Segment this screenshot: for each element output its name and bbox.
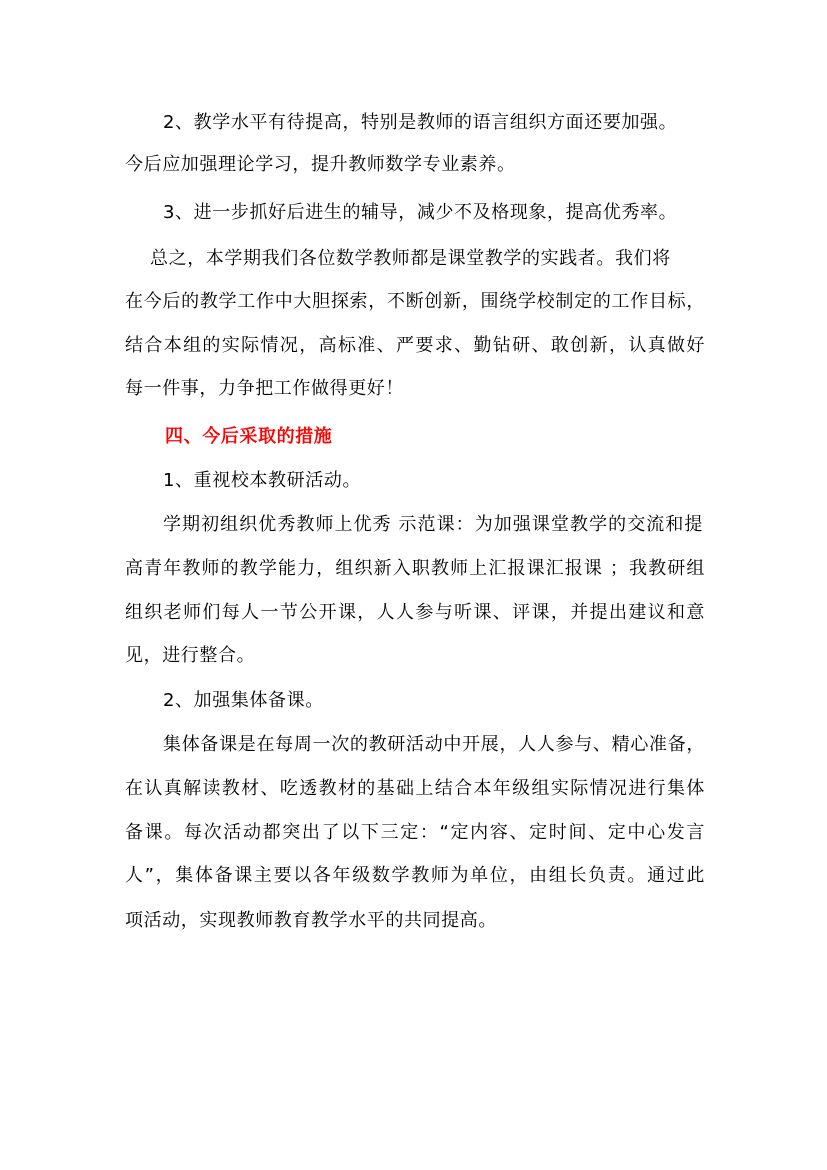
section-heading: 四、今后采取的措施 xyxy=(165,425,745,449)
paragraph-line: 每一件事，力争把工作做得更好！ xyxy=(125,377,705,401)
paragraph-line: 3、进一步抓好后进生的辅导，减少不及格现象，提高优秀率。 xyxy=(163,201,743,225)
paragraph-line: 今后应加强理论学习，提升教师数学专业素养。 xyxy=(125,153,705,177)
paragraph-line: 高青年教师的教学能力，组织新入职教师上汇报课汇报课 ；我教研组 xyxy=(125,557,705,581)
paragraph-line: 2、教学水平有待提高，特别是教师的语言组织方面还要加强。 xyxy=(163,111,743,135)
paragraph-line: 结合本组的实际情况，高标准、严要求、勤钻研、敢创新，认真做好 xyxy=(125,334,705,358)
paragraph-line: 1、重视校本教研活动。 xyxy=(163,469,743,493)
paragraph-line: 见，进行整合。 xyxy=(125,644,705,668)
paragraph-line: 总之，本学期我们各位数学教师都是课堂教学的实践者。我们将 xyxy=(150,247,730,271)
document-page: 2、教学水平有待提高，特别是教师的语言组织方面还要加强。 今后应加强理论学习，提… xyxy=(0,0,827,1170)
paragraph-line: 人”，集体备课主要以各年级数学教师为单位，由组长负责。通过此 xyxy=(125,864,705,888)
paragraph-line: 2、加强集体备课。 xyxy=(163,689,743,713)
paragraph-line: 组织老师们每人一节公开课，人人参与听课、评课，并提出建议和意 xyxy=(125,601,705,625)
paragraph-line: 学期初组织优秀教师上优秀 示范课：为加强课堂教学的交流和提 xyxy=(163,513,703,537)
paragraph-line: 在今后的教学工作中大胆探索，不断创新，围绕学校制定的工作目标， xyxy=(125,290,705,314)
paragraph-line: 备课。每次活动都突出了以下三定：“定内容、定时间、定中心发言 xyxy=(125,821,705,845)
paragraph-line: 项活动，实现教师教育教学水平的共同提高。 xyxy=(125,909,705,933)
paragraph-line: 集体备课是在每周一次的教研活动中开展，人人参与、精心准备， xyxy=(163,733,705,757)
paragraph-line: 在认真解读教材、吃透教材的基础上结合本年级组实际情况进行集体 xyxy=(125,777,705,801)
